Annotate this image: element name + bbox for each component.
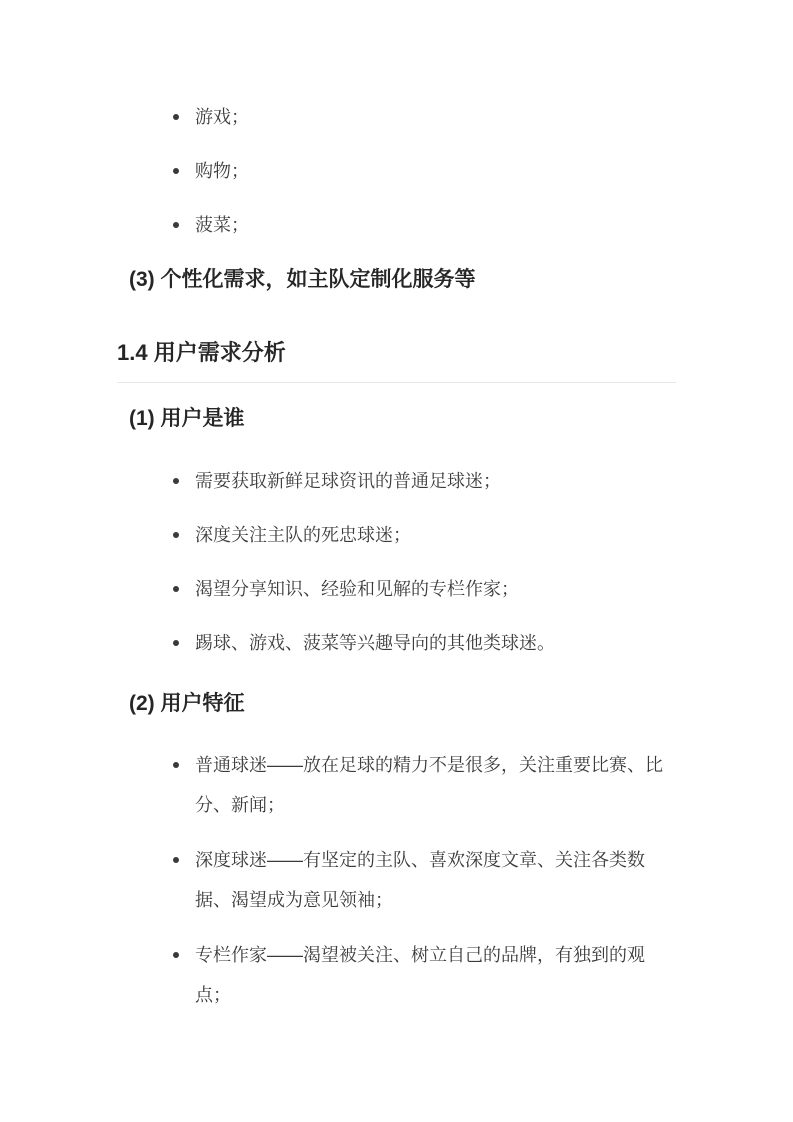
bullet-list-features: 普通球迷——放在足球的精力不是很多，关注重要比赛、比分、新闻； 深度球迷——有坚… (117, 745, 669, 1030)
list-item: 渴望分享知识、经验和见解的专栏作家； (117, 569, 674, 609)
list-item: 深度球迷——有坚定的主队、喜欢深度文章、关注各类数据、渴望成为意见领袖； (117, 840, 669, 920)
bullet-icon (173, 532, 179, 538)
bullet-icon (173, 222, 179, 228)
bullet-list-users: 需要获取新鲜足球资讯的普通足球迷； 深度关注主队的死忠球迷； 渴望分享知识、经验… (117, 461, 674, 677)
bullet-icon (173, 762, 179, 768)
bullet-icon (173, 114, 179, 120)
bullet-text: 深度关注主队的死忠球迷； (195, 525, 411, 545)
list-item: 购物； (117, 151, 249, 191)
list-item: 普通球迷——放在足球的精力不是很多，关注重要比赛、比分、新闻； (117, 745, 669, 825)
list-item: 游戏； (117, 97, 249, 137)
heading-point-3: (3) 个性化需求，如主队定制化服务等 (129, 265, 476, 295)
bullet-text: 专栏作家——渴望被关注、树立自己的品牌，有独到的观点； (195, 945, 645, 1005)
list-item: 深度关注主队的死忠球迷； (117, 515, 674, 555)
list-item: 专栏作家——渴望被关注、树立自己的品牌，有独到的观点； (117, 935, 669, 1015)
section-divider (117, 382, 676, 383)
bullet-text: 渴望分享知识、经验和见解的专栏作家； (195, 579, 519, 599)
list-item: 踢球、游戏、菠菜等兴趣导向的其他类球迷。 (117, 623, 674, 663)
heading-user-traits: (2) 用户特征 (129, 689, 245, 719)
list-item: 菠菜； (117, 205, 249, 245)
document-page: 游戏； 购物； 菠菜； (3) 个性化需求，如主队定制化服务等 1.4 用户需求… (0, 0, 793, 1122)
bullet-text: 菠菜； (195, 215, 249, 235)
heading-users-who: (1) 用户是谁 (129, 404, 245, 434)
bullet-icon (173, 857, 179, 863)
bullet-text: 需要获取新鲜足球资讯的普通足球迷； (195, 471, 501, 491)
bullet-text: 深度球迷——有坚定的主队、喜欢深度文章、关注各类数据、渴望成为意见领袖； (195, 850, 645, 910)
bullet-icon (173, 952, 179, 958)
bullet-icon (173, 478, 179, 484)
bullet-icon (173, 640, 179, 646)
list-item: 需要获取新鲜足球资讯的普通足球迷； (117, 461, 674, 501)
bullet-text: 游戏； (195, 107, 249, 127)
bullet-text: 踢球、游戏、菠菜等兴趣导向的其他类球迷。 (195, 633, 555, 653)
bullet-icon (173, 586, 179, 592)
bullet-list-top: 游戏； 购物； 菠菜； (117, 97, 249, 259)
bullet-icon (173, 168, 179, 174)
section-title: 1.4 用户需求分析 (117, 337, 286, 369)
bullet-text: 购物； (195, 161, 249, 181)
bullet-text: 普通球迷——放在足球的精力不是很多，关注重要比赛、比分、新闻； (195, 755, 663, 815)
